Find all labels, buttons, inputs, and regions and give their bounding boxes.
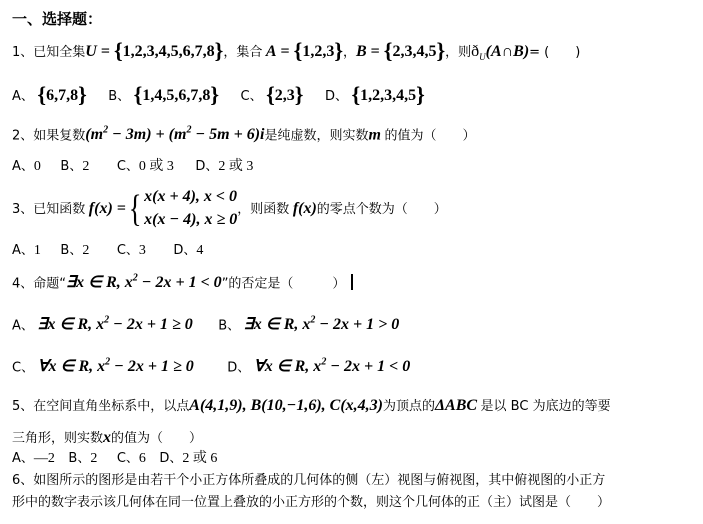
question-5-line-2: 三角形，则实数x的值为（ ） [12,430,202,446]
q4-options-row-2: C、 ∀x ∈ R, x2 − 2x + 1 ≥ 0 D、 ∀x ∈ R, x2… [12,358,410,375]
q1-answer-blank: = ( ) [529,45,580,60]
piecewise-brace-icon: { [129,190,142,228]
q1-var-a: A [266,43,277,60]
q4-options-row-1: A、 ∃x ∈ R, x2 − 2x + 1 ≥ 0 B、 ∃x ∈ R, x2… [12,316,399,333]
question-6-line-2: 形中的数字表示该几何体在同一位置上叠放的小正方形的个数，则这个几何体的正（主）试… [12,496,610,509]
q1-expression: (A∩B) [486,43,530,60]
q3-text-3: 的零点个数为（ ） [317,202,447,217]
q3-options: A、1 B、2 C、3 D、4 [12,244,203,258]
q4-option-a[interactable]: A、 ∃x ∈ R, x2 − 2x + 1 ≥ 0 [12,316,193,333]
question-1: 1、已知全集U = {1,2,3,4,5,6,7,8}，集合 A = {1,2,… [12,40,580,62]
q5-var-x: x [103,429,111,446]
question-3: 3、已知函数 f(x) ={x(x + 4), x < 0x(x − 4), x… [12,186,447,232]
q2-text-1: 如果复数 [33,128,85,143]
option-label: C、 [241,89,263,104]
q4-option-c[interactable]: C、 ∀x ∈ R, x2 − 2x + 1 ≥ 0 [12,358,194,375]
q2-number: 2、 [12,128,33,143]
question-5: 5、在空间直角坐标系中，以点A(4,1,9), B(10,−1,6), C(x,… [12,398,611,414]
option-label: D、 [325,89,348,104]
q4-proposition: ∃x ∈ R, x2 − 2x + 1 < 0 [66,274,222,291]
q2-options: A、0 B、2 C、0 或 3 D、2 或 3 [12,160,253,174]
q1-set-b: 2,3,4,5 [392,43,436,60]
q5-text-5: 的值为（ ） [111,431,202,446]
q5-option-d[interactable]: D、2 或 6 [159,452,217,466]
q2-text-3: 的值为（ ） [384,128,475,143]
q2-option-a[interactable]: A、0 [12,160,41,174]
q3-option-c[interactable]: C、3 [117,244,146,258]
right-brace-icon: } [436,38,445,63]
q1-var-b: B [356,43,367,60]
q5-option-b[interactable]: B、2 [68,452,97,466]
question-4: 4、命题“∃x ∈ R, x2 − 2x + 1 < 0”的否定是（ ） [12,274,353,291]
q2-text-2: 是纯虚数，则实数 [264,128,368,143]
q3-case-2: x(x − 4), x ≥ 0 [144,211,237,228]
q5-text-2: 为顶点的 [383,399,435,414]
q3-case-1: x(x + 4), x < 0 [144,188,237,205]
q4-text-1: 命题“ [33,276,66,291]
q3-piecewise: x(x + 4), x < 0x(x − 4), x ≥ 0 [144,186,237,232]
section-title: 一、选择题： [12,12,102,27]
q5-text-1: 在空间直角坐标系中，以点 [33,399,189,414]
q2-expression: (m2 − 3m) + (m2 − 5m + 6)i [85,126,264,143]
q1-option-d[interactable]: D、 {1,2,3,4,5} [325,84,425,106]
q1-option-b[interactable]: B、 {1,4,5,6,7,8} [108,84,219,106]
q5-text-4: 三角形，则实数 [12,431,103,446]
q2-var-m: m [368,126,380,143]
q4-number: 4、 [12,276,33,291]
q5-number: 5、 [12,399,33,414]
q3-option-d[interactable]: D、4 [173,244,203,258]
option-value: 6,7,8 [46,87,78,104]
option-value: 1,2,3,4,5 [360,87,416,104]
q3-function: f(x) = [89,200,126,217]
q5-options: A、—2 B、2 C、6 D、2 或 6 [12,452,217,466]
option-value: 2,3 [275,87,295,104]
q1-text-1: 已知全集 [33,45,85,60]
q1-options: A、 {6,7,8} B、 {1,4,5,6,7,8} C、 {2,3} D、 … [12,84,425,106]
q2-option-b[interactable]: B、2 [60,160,89,174]
complement-icon: ð [471,43,479,60]
q3-text-2: ，则函数 [237,202,289,217]
q3-option-b[interactable]: B、2 [60,244,89,258]
left-brace-icon: { [114,38,123,63]
q1-text-2: ，集合 [223,45,262,60]
q1-number: 1、 [12,45,33,60]
q3-option-a[interactable]: A、1 [12,244,41,258]
q5-points: A(4,1,9), B(10,−1,6), C(x,4,3) [189,397,383,414]
q2-option-c[interactable]: C、0 或 3 [117,160,174,174]
left-brace-icon: { [294,38,303,63]
q1-text-3: ，则 [445,45,471,60]
q1-var-u: U [85,43,97,60]
q1-option-a[interactable]: A、 {6,7,8} [12,84,87,106]
q3-text-1: 已知函数 [33,202,85,217]
q1-set-a: 1,2,3 [302,43,334,60]
q3-number: 3、 [12,202,33,217]
equals-sign: = [277,43,294,60]
option-value: 1,4,5,6,7,8 [142,87,210,104]
text-cursor [351,274,353,290]
q2-option-d[interactable]: D、2 或 3 [195,160,253,174]
q1-option-c[interactable]: C、 {2,3} [241,84,304,106]
q3-function-ref: f(x) [293,200,317,217]
q5-option-c[interactable]: C、6 [117,452,146,466]
q4-option-b[interactable]: B、 ∃x ∈ R, x2 − 2x + 1 > 0 [218,316,399,333]
option-label: A、 [12,89,34,104]
q4-text-2: ”的否定是（ ） [222,276,346,291]
q5-triangle: ΔABC [435,397,477,414]
separator: ， [343,45,356,60]
question-6-line-1: 6、如图所示的图形是由若干个小正方体所叠成的几何体的侧（左）视图与俯视图，其中俯… [12,474,605,487]
right-brace-icon: } [334,38,343,63]
q5-text-3: 是以 BC 为底边的等要 [481,399,611,414]
option-label: B、 [108,89,130,104]
equals-sign: = [367,43,384,60]
question-2: 2、如果复数(m2 − 3m) + (m2 − 5m + 6)i是纯虚数，则实数… [12,126,475,143]
q5-option-a[interactable]: A、—2 [12,452,55,466]
q1-universal-set: 1,2,3,4,5,6,7,8 [123,43,215,60]
equals-sign: = [97,43,114,60]
q4-option-d[interactable]: D、 ∀x ∈ R, x2 − 2x + 1 < 0 [227,358,410,375]
